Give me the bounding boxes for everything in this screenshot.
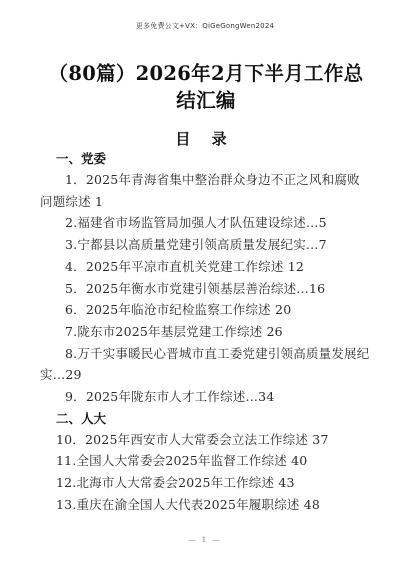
toc-entry[interactable]: 9．2025年陇东市人才工作综述…34 [40,386,370,408]
toc-entry[interactable]: 11.全国人大常委会2025年监督工作综述 40 [40,450,370,472]
toc-entry[interactable]: 10．2025年西安市人大常委会立法工作综述 37 [40,429,370,451]
toc-entry[interactable]: 1．2025年青海省集中整治群众身边不正之风和腐败问题综述 1 [40,169,370,212]
toc-entry[interactable]: 7.陇东市2025年基层党建工作综述 26 [40,321,370,343]
document-title: （80篇）2026年2月下半月工作总结汇编 [40,60,372,114]
toc-heading: 目 录 [0,128,410,149]
toc-section-peoples-congress: 二、人大 [40,408,370,429]
toc-entry[interactable]: 5．2025年衡水市党建引领基层善治综述…16 [40,278,370,300]
toc-entry[interactable]: 2.福建省市场监管局加强人才队伍建设综述…5 [40,212,370,234]
toc-entry[interactable]: 6．2025年临沧市纪检监察工作综述 20 [40,299,370,321]
toc-entry[interactable]: 3.宁都县以高质量党建引领高质量发展纪实…7 [40,234,370,256]
toc-entry[interactable]: 4．2025年平凉市直机关党建工作综述 12 [40,256,370,278]
toc-entry[interactable]: 12.北海市人大常委会2025年工作综述 43 [40,472,370,494]
toc-entry[interactable]: 13.重庆在渝全国人大代表2025年履职综述 48 [40,494,370,516]
header-note: 更多免费公文+VX：QiGeGongWen2024 [0,21,410,31]
document-page: 更多免费公文+VX：QiGeGongWen2024 （80篇）2026年2月下半… [0,0,410,580]
page-number: — 1 — [0,536,410,544]
toc-entry[interactable]: 8.万千实事暖民心晋城市直工委党建引领高质量发展纪实…29 [40,343,370,386]
table-of-contents: 一、党委 1．2025年青海省集中整治群众身边不正之风和腐败问题综述 1 2.福… [40,148,370,516]
toc-section-party-committee: 一、党委 [40,148,370,169]
